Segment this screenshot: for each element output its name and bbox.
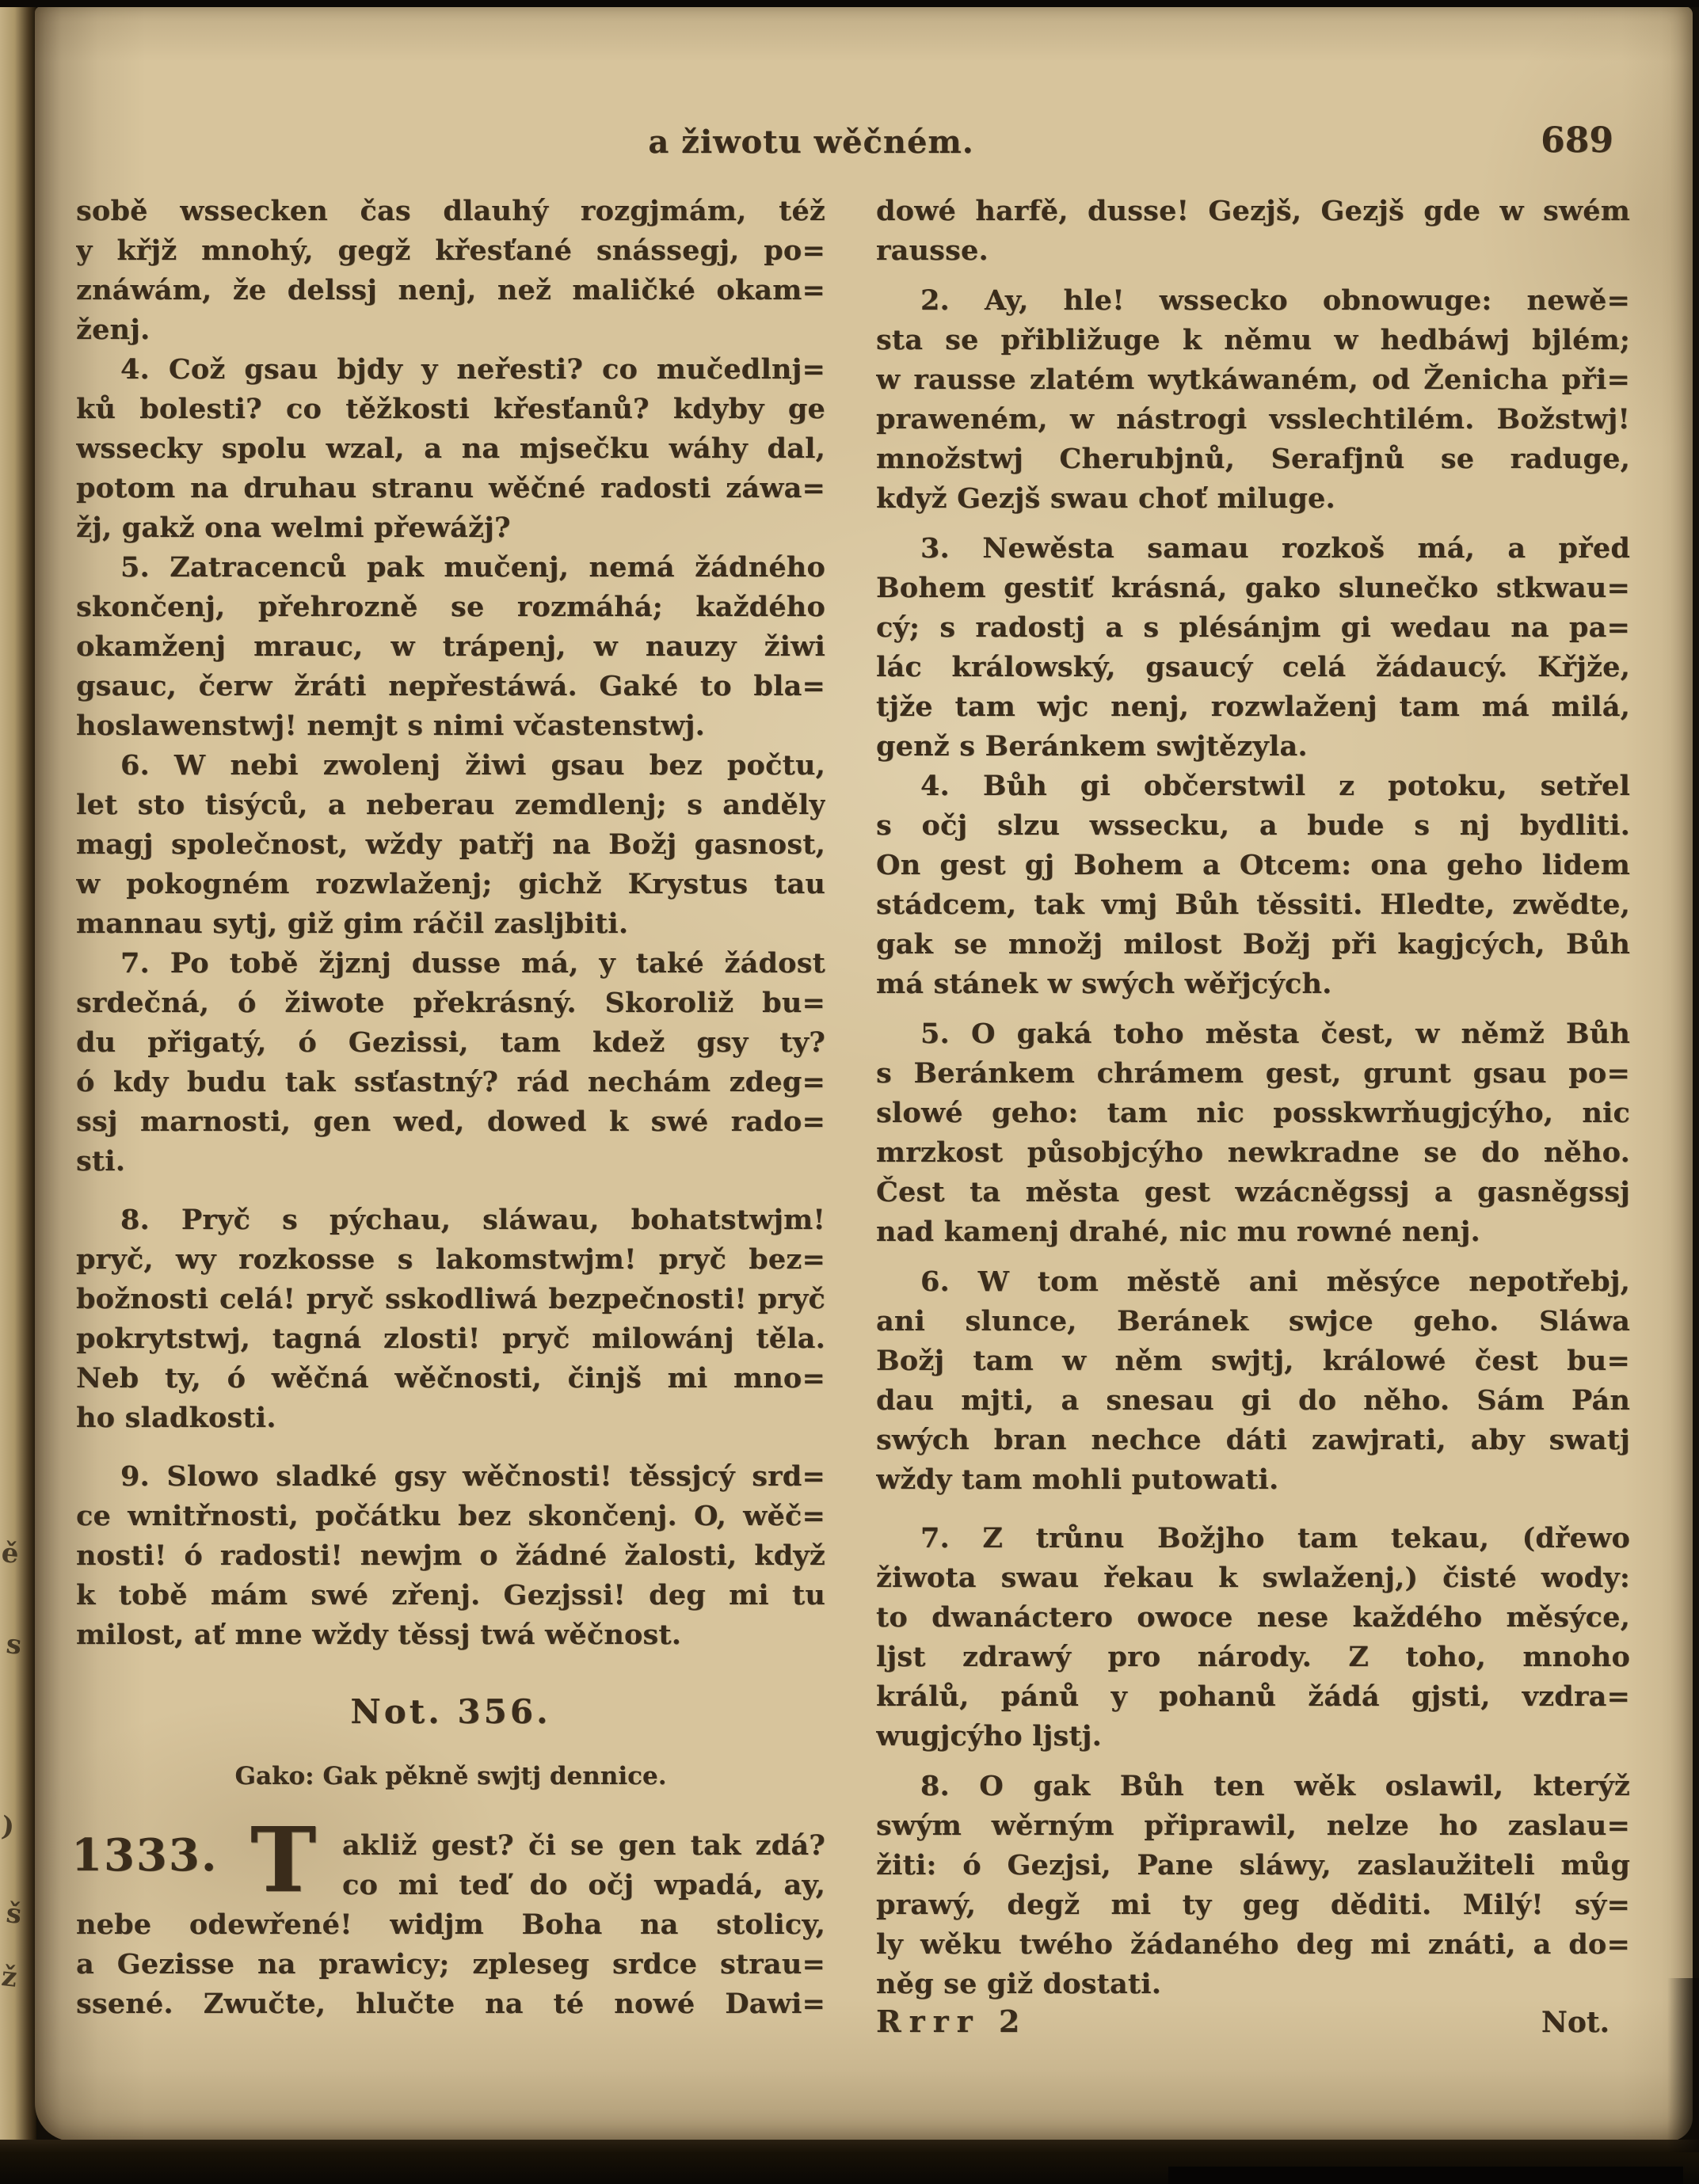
hymn-start-block: 1333. T akliž gest? či se gen tak zdá?co… <box>76 1826 825 2024</box>
verse-paragraph: 2. Ay, hle! wssecko obnowuge: newě=sta s… <box>876 281 1630 519</box>
verse-paragraph: sobě wssecken čas dlauhý rozgjmám, téžy … <box>76 192 825 350</box>
text-line: mannau sytj, giž gim ráčil zasljbiti. <box>76 904 825 944</box>
text-line: ssj marnosti, gen wed, dowed k swé rado= <box>76 1102 825 1142</box>
text-line: wssecky spolu wzal, a na mjsečku wáhy da… <box>76 429 825 469</box>
text-line: w pokogném rozwlaženj; gichž Krystus tau <box>76 865 825 904</box>
catchword: Not. <box>1541 2006 1609 2039</box>
text-line: magj společnost, wždy patřj na Božj gasn… <box>76 825 825 865</box>
running-title: a žiwotu wěčném. <box>35 124 1587 161</box>
hymn-drop-cap: T <box>250 1818 316 1904</box>
hymn-first-lines: akliž gest? či se gen tak zdá?co mi teď … <box>342 1826 825 1905</box>
text-line: žj, gakž ona welmi přewážj? <box>76 508 825 548</box>
melody-note-heading: Not. 356. <box>76 1691 825 1733</box>
text-line: 5. O gaká toho města čest, w němž Bůh <box>876 1014 1630 1054</box>
text-line: wždy tam mohli putowati. <box>876 1460 1630 1500</box>
verse-paragraph: 4. Což gsau bjdy y neřesti? co mučedlnj=… <box>76 350 825 548</box>
verse-paragraph: 4. Bůh gi občerstwil z potoku, setřels o… <box>876 767 1630 1004</box>
verse-paragraph: 7. Z trůnu Božjho tam tekau, (dřewožiwot… <box>876 1519 1630 1756</box>
text-line: žiti: ó Gezjsi, Pane sláwy, zaslaužiteli… <box>876 1846 1630 1885</box>
text-line: hoslawenstwj! nemjt s nimi včastenstwj. <box>76 706 825 746</box>
text-line: w rausse zlatém wytkáwaném, od Ženicha p… <box>876 360 1630 400</box>
text-line: rausse. <box>876 231 1630 271</box>
text-line: když Gezjš swau choť miluge. <box>876 479 1630 519</box>
page-footer: Rrrr 2 Not. <box>876 2003 1630 2039</box>
text-line: žiwota swau řekau k swlaženj,) čisté wod… <box>876 1558 1630 1598</box>
text-line: 3. Newěsta samau rozkoš má, a před <box>876 529 1630 569</box>
verse-paragraph: 9. Slowo sladké gsy wěčnosti! těssjcý sr… <box>76 1457 825 1655</box>
text-line: s Beránkem chrámem gest, grunt gsau po= <box>876 1054 1630 1094</box>
text-line: 8. Pryč s pýchau, sláwau, bohatstwjm! <box>76 1200 825 1240</box>
text-line: něg se giž dostati. <box>876 1965 1630 2004</box>
text-line: ó kdy budu tak ssťastný? rád nechám zdeg… <box>76 1063 825 1102</box>
page-edge-fragment: ) <box>0 1813 16 1840</box>
text-line: 4. Což gsau bjdy y neřesti? co mučedlnj= <box>76 350 825 390</box>
text-line: ly wěku twého žádaného deg mi znáti, a d… <box>876 1925 1630 1965</box>
page-edge-fragment: š <box>5 1900 23 1928</box>
text-line: swých bran nechce dáti zawjrati, aby swa… <box>876 1421 1630 1460</box>
signature-mark: Rrrr 2 <box>876 2003 1027 2039</box>
page-edge-fragment: ž <box>0 1963 18 1992</box>
text-line: ljst zdrawý pro národy. Z toho, mnoho <box>876 1638 1630 1677</box>
page-paper: a žiwotu wěčném. 689 sobě wssecken čas d… <box>35 6 1693 2141</box>
text-line: lác králowský, gsaucý celá žádaucý. Křjž… <box>876 648 1630 687</box>
text-line: prawý, degž mi ty geg děditi. Milý! sý= <box>876 1885 1630 1925</box>
text-line: let sto tisýců, a neberau zemdlenj; s an… <box>76 786 825 825</box>
scan-corner-shadow <box>1667 1978 1699 2152</box>
verse-paragraph: 7. Po tobě žjznj dusse má, y také žádost… <box>76 944 825 1181</box>
text-line: sta se přibližuge k němu w hedbáwj bjlém… <box>876 321 1630 360</box>
hymn-number: 1333. <box>71 1829 218 1882</box>
left-column: sobě wssecken čas dlauhý rozgjmám, téžy … <box>76 192 825 2024</box>
page-edge-fragment: s <box>5 1630 23 1659</box>
text-line: Čest ta města gest wzácněgssj a gasněgss… <box>876 1173 1630 1212</box>
text-line: genž s Beránkem swjtězyla. <box>876 727 1630 767</box>
text-line: srdečná, ó žiwote překrásný. Skoroliž bu… <box>76 984 825 1023</box>
text-line: swým wěrným připrawil, nelze ho zaslau= <box>876 1806 1630 1846</box>
verse-paragraph: 8. Pryč s pýchau, sláwau, bohatstwjm!pry… <box>76 1200 825 1438</box>
text-line: wugjcýho ljstj. <box>876 1717 1630 1756</box>
text-line: dau mjti, a snesau gi do něho. Sám Pán <box>876 1381 1630 1421</box>
text-line: cý; s radostj a s plésánjm gi wedau na p… <box>876 608 1630 648</box>
text-line: k tobě mám swé zřenj. Gezjssi! deg mi tu <box>76 1576 825 1615</box>
text-line: 5. Zatracenců pak mučenj, nemá žádného <box>76 548 825 588</box>
text-line: má stánek w swých wěřjcých. <box>876 965 1630 1004</box>
text-line: nosti! ó radosti! newjm o žádné žalosti,… <box>76 1536 825 1576</box>
text-line: potom na druhau stranu wěčné radosti záw… <box>76 469 825 508</box>
text-line: pokrytstwj, tagná zlosti! pryč milowánj … <box>76 1319 825 1359</box>
text-line: skončenj, přehrozně se rozmáhá; každého <box>76 588 825 627</box>
text-line: 8. O gak Bůh ten wěk oslawil, kterýž <box>876 1767 1630 1806</box>
text-line: praweném, w nástrogi vsslechtilém. Božst… <box>876 400 1630 439</box>
text-line: sobě wssecken čas dlauhý rozgjmám, též <box>76 192 825 231</box>
text-line: stádcem, tak vmj Bůh těssiti. Hledte, zw… <box>876 885 1630 925</box>
text-line: slowé geho: tam nic posskwrňugjcýho, nic <box>876 1094 1630 1133</box>
right-column: dowé harfě, dusse! Gezjš, Gezjš gde w sw… <box>876 192 1630 2004</box>
text-line: dowé harfě, dusse! Gezjš, Gezjš gde w sw… <box>876 192 1630 231</box>
text-line: okamženj mrauc, w trápenj, w nauzy žiwi <box>76 627 825 667</box>
text-line: 2. Ay, hle! wssecko obnowuge: newě= <box>876 281 1630 321</box>
hymn-rest-lines: nebe odewřené! widjm Boha na stolicy,a G… <box>76 1905 825 2024</box>
verse-paragraph: 5. O gaká toho města čest, w němž Bůhs B… <box>876 1014 1630 1252</box>
text-line: ženj. <box>76 310 825 350</box>
text-line: milost, ať mne wždy těssj twá wěčnost. <box>76 1615 825 1655</box>
text-line: mrzkost působjcýho newkradne se do něho. <box>876 1133 1630 1173</box>
scan-edge-top <box>0 0 1699 7</box>
text-line: nebe odewřené! widjm Boha na stolicy, <box>76 1905 825 1945</box>
text-line: to dwanáctero owoce nese každého měsýce, <box>876 1598 1630 1638</box>
right-paragraphs: dowé harfě, dusse! Gezjš, Gezjš gde w sw… <box>876 192 1630 2004</box>
text-line: gak se množj milost Božj při kagjcých, B… <box>876 925 1630 965</box>
text-line: Neb ty, ó wěčná wěčnosti, činjš mi mno= <box>76 1359 825 1398</box>
text-line: tjže tam wjc nenj, rozwlaženj tam má mil… <box>876 687 1630 727</box>
tune-reference: Gako: Gak pěkně swjtj dennice. <box>76 1758 825 1794</box>
text-line: ce wnitřnosti, počátku bez skončenj. O, … <box>76 1497 825 1536</box>
text-line: On gest gj Bohem a Otcem: ona geho lidem <box>876 846 1630 885</box>
scan-edge-notch <box>1168 2167 1683 2184</box>
scan-edge-bottom <box>0 2140 1699 2184</box>
text-line: Bohem gestiť krásná, gako slunečko stkwa… <box>876 569 1630 608</box>
verse-paragraph: 8. O gak Bůh ten wěk oslawil, kterýžswým… <box>876 1767 1630 2004</box>
text-line: 7. Z trůnu Božjho tam tekau, (dřewo <box>876 1519 1630 1558</box>
verse-paragraph: 3. Newěsta samau rozkoš má, a předBohem … <box>876 529 1630 767</box>
page-number: 689 <box>1541 120 1613 161</box>
text-line: ssené. Zwučte, hlučte na té nowé Dawi= <box>76 1984 825 2024</box>
text-line: a Gezisse na prawicy; zpleseg srdce stra… <box>76 1945 825 1984</box>
text-line: ků bolesti? co těžkosti křesťanů? kdyby … <box>76 390 825 429</box>
text-line: nad kamenj drahé, nic mu rowné nenj. <box>876 1212 1630 1252</box>
verse-paragraph: dowé harfě, dusse! Gezjš, Gezjš gde w sw… <box>876 192 1630 271</box>
text-line: 9. Slowo sladké gsy wěčnosti! těssjcý sr… <box>76 1457 825 1497</box>
text-line: božnosti celá! pryč sskodliwá bezpečnost… <box>76 1280 825 1319</box>
text-line: du přigatý, ó Gezissi, tam kdež gsy ty? <box>76 1023 825 1063</box>
text-line: 4. Bůh gi občerstwil z potoku, setřel <box>876 767 1630 806</box>
verse-paragraph: 6. W nebi zwolenj žiwi gsau bez počtu,le… <box>76 746 825 944</box>
text-line: y křjž mnohý, gegž křesťané snássegj, po… <box>76 231 825 271</box>
text-line: akliž gest? či se gen tak zdá? <box>342 1826 825 1866</box>
text-line: znáwám, že delssj nenj, než maličké okam… <box>76 271 825 310</box>
text-line: s očj slzu wssecku, a bude s nj bydliti. <box>876 806 1630 846</box>
text-line: gsauc, čerw žráti nepřestáwá. Gaké to bl… <box>76 667 825 706</box>
verse-paragraph: 6. W tom městě ani měsýce nepotřebj,ani … <box>876 1262 1630 1500</box>
page-edge-fragment: ě <box>0 1539 20 1568</box>
verse-paragraph: 5. Zatracenců pak mučenj, nemá žádnéhosk… <box>76 548 825 746</box>
opposite-page-edge: ěs)šž <box>0 0 36 2184</box>
text-line: 7. Po tobě žjznj dusse má, y také žádost <box>76 944 825 984</box>
text-line: 6. W nebi zwolenj žiwi gsau bez počtu, <box>76 746 825 786</box>
text-line: sti. <box>76 1142 825 1181</box>
text-line: množstwj Cherubjnů, Serafjnů se raduge, <box>876 439 1630 479</box>
text-line: co mi teď do očj wpadá, ay, <box>342 1866 825 1905</box>
text-line: králů, pánů y pohanů žádá gjsti, vzdra= <box>876 1677 1630 1717</box>
book-page-scan: ěs)šž a žiwotu wěčném. 689 sobě wssecken… <box>0 0 1699 2184</box>
text-line: ho sladkosti. <box>76 1398 825 1438</box>
text-line: ani slunce, Beránek swjce geho. Sláwa <box>876 1302 1630 1341</box>
left-paragraphs: sobě wssecken čas dlauhý rozgjmám, téžy … <box>76 192 825 1655</box>
text-line: 6. W tom městě ani měsýce nepotřebj, <box>876 1262 1630 1302</box>
text-line: Božj tam w něm swjtj, králowé čest bu= <box>876 1341 1630 1381</box>
text-line: pryč, wy rozkosse s lakomstwjm! pryč bez… <box>76 1240 825 1280</box>
